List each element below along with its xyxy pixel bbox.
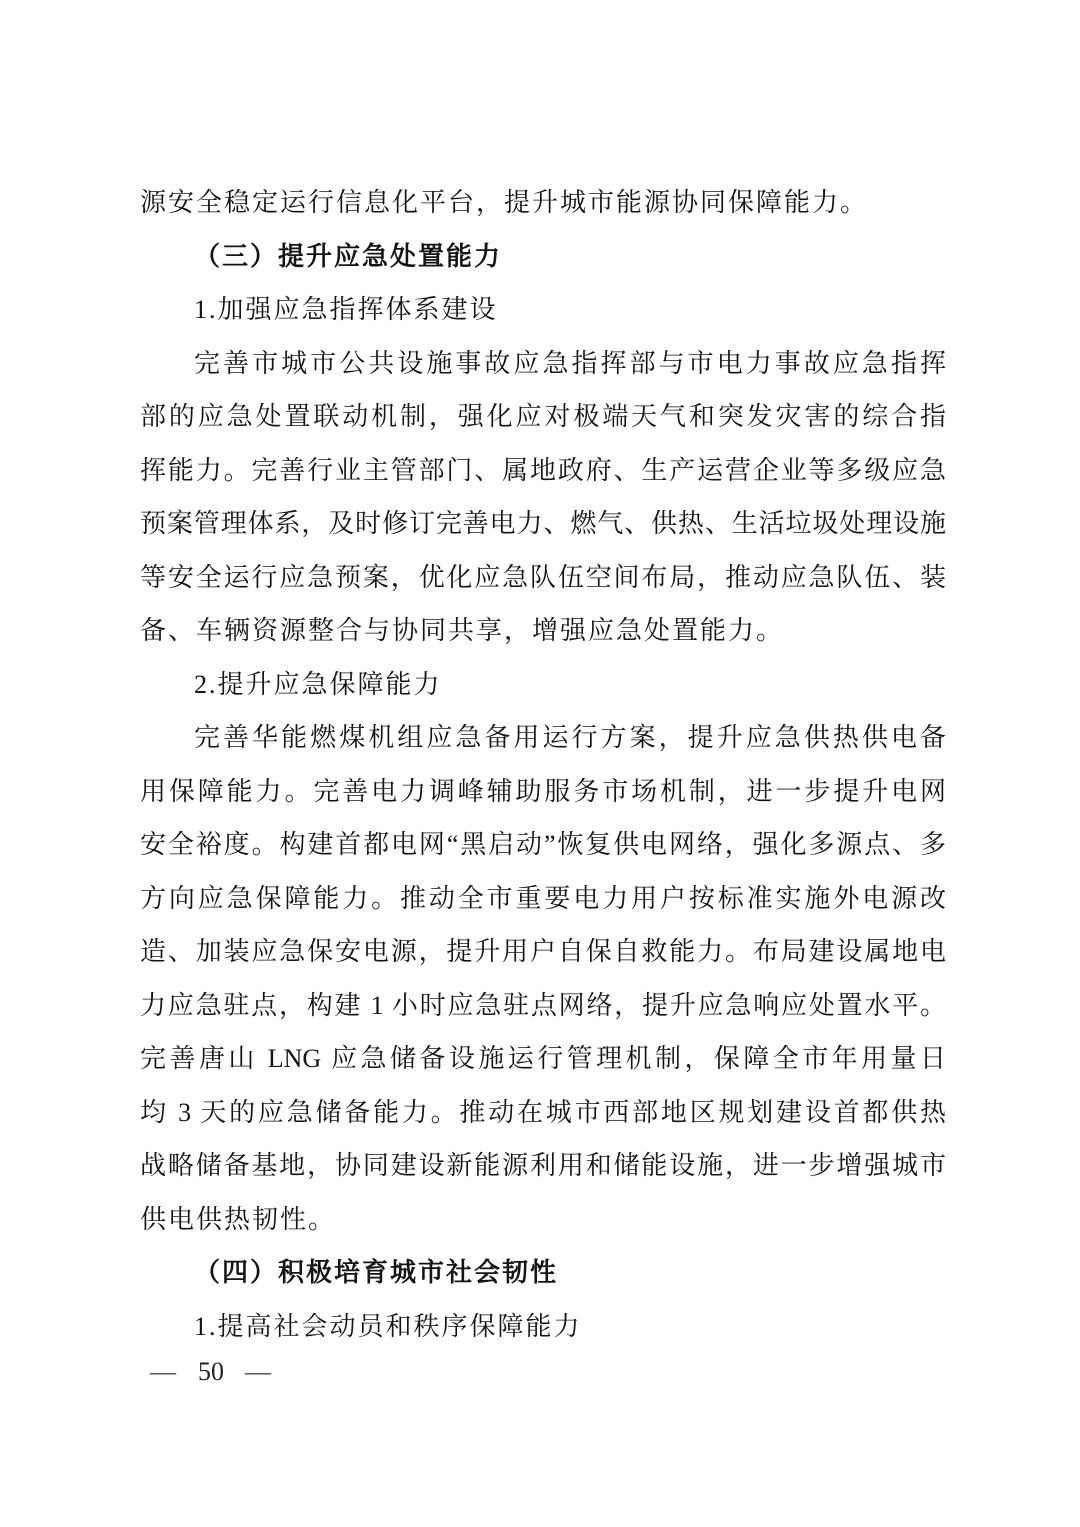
paragraph-line: 源安全稳定运行信息化平台，提升城市能源协同保障能力。 (140, 176, 946, 230)
section-heading: （四）积极培育城市社会韧性 (140, 1246, 946, 1300)
page: 源安全稳定运行信息化平台，提升城市能源协同保障能力。 （三）提升应急处置能力 1… (0, 0, 1080, 1527)
paragraph-line: 挥能力。完善行业主管部门、属地政府、生产运营企业等多级应急 (140, 444, 946, 498)
numbered-subheading: 2.提升应急保障能力 (140, 658, 946, 712)
page-footer: — 50 — (150, 1352, 272, 1392)
numbered-subheading: 1.提高社会动员和秩序保障能力 (140, 1300, 946, 1354)
paragraph-line: 供电供热韧性。 (140, 1193, 946, 1247)
footer-page-number: 50 (198, 1357, 224, 1387)
paragraph-line: 安全裕度。构建首都电网“黑启动”恢复供电网络，强化多源点、多 (140, 818, 946, 872)
paragraph-line: 备、车辆资源整合与协同共享，增强应急处置能力。 (140, 604, 946, 658)
paragraph-line: 力应急驻点，构建 1 小时应急驻点网络，提升应急响应处置水平。 (140, 979, 946, 1033)
paragraph-line: 均 3 天的应急储备能力。推动在城市西部地区规划建设首都供热 (140, 1086, 946, 1140)
numbered-subheading: 1.加强应急指挥体系建设 (140, 283, 946, 337)
paragraph-line: 造、加装应急保安电源，提升用户自保自救能力。布局建设属地电 (140, 925, 946, 979)
paragraph-line: 战略储备基地，协同建设新能源利用和储能设施，进一步增强城市 (140, 1139, 946, 1193)
paragraph-line: 完善市城市公共设施事故应急指挥部与市电力事故应急指挥 (140, 337, 946, 391)
paragraph-line: 完善华能燃煤机组应急备用运行方案，提升应急供热供电备 (140, 711, 946, 765)
paragraph-line: 用保障能力。完善电力调峰辅助服务市场机制，进一步提升电网 (140, 765, 946, 819)
paragraph-line: 方向应急保障能力。推动全市重要电力用户按标准实施外电源改 (140, 872, 946, 926)
paragraph-line: 等安全运行应急预案，优化应急队伍空间布局，推动应急队伍、装 (140, 551, 946, 605)
footer-dash-left: — (150, 1357, 177, 1387)
paragraph-line: 部的应急处置联动机制，强化应对极端天气和突发灾害的综合指 (140, 390, 946, 444)
footer-dash-right: — (245, 1357, 272, 1387)
section-heading: （三）提升应急处置能力 (140, 230, 946, 284)
paragraph-line: 预案管理体系，及时修订完善电力、燃气、供热、生活垃圾处理设施 (140, 497, 946, 551)
paragraph-line: 完善唐山 LNG 应急储备设施运行管理机制，保障全市年用量日 (140, 1032, 946, 1086)
document-body: 源安全稳定运行信息化平台，提升城市能源协同保障能力。 （三）提升应急处置能力 1… (140, 176, 946, 1353)
